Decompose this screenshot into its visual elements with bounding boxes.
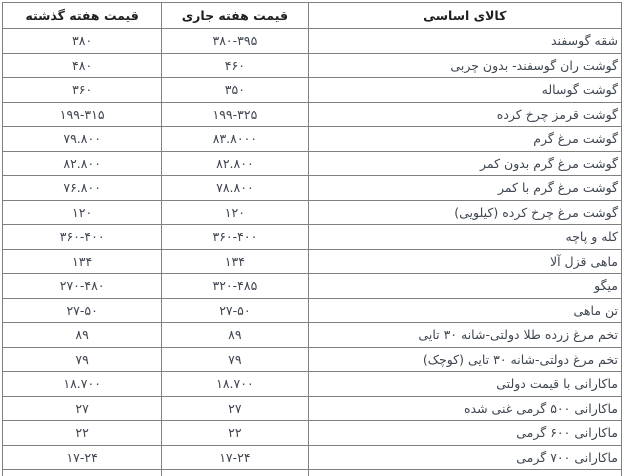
current-week-price-cell: ۱۳۴ [162, 249, 308, 274]
last-week-price-cell: ۳۶۰ [3, 78, 162, 103]
table-row: گوشت قرمز چرخ کرده۱۹۹-۳۲۵۱۹۹-۳۱۵ [3, 102, 622, 127]
last-week-price-cell: ۱۲۰ [3, 200, 162, 225]
item-cell: تن ماهی [308, 298, 622, 323]
table-row: کله و پاچه۳۶۰-۴۰۰۳۶۰-۴۰۰ [3, 225, 622, 250]
item-cell: گوشت مرغ گرم بدون کمر [308, 151, 622, 176]
last-week-price-cell: ۳۶۰-۴۰۰ [3, 225, 162, 250]
column-header-item: کالای اساسی [308, 3, 622, 29]
last-week-price-cell: ۷۶.۸۰۰ [3, 176, 162, 201]
table-row: گوشت مرغ گرم با کمر۷۸.۸۰۰۷۶.۸۰۰ [3, 176, 622, 201]
current-week-price-cell: ۳۵۰ [162, 78, 308, 103]
header-row: کالای اساسی قیمت هفته جاری قیمت هفته گذش… [3, 3, 622, 29]
current-week-price-cell: ۲۲ [162, 421, 308, 446]
empty-cell [308, 470, 622, 476]
current-week-price-cell: ۱۸.۷۰۰ [162, 372, 308, 397]
last-week-price-cell: ۱۹۹-۳۱۵ [3, 102, 162, 127]
current-week-price-cell: ۴۶۰ [162, 53, 308, 78]
last-week-price-cell: ۴۸۰ [3, 53, 162, 78]
table-row: شقه گوسفند۳۸۰-۳۹۵۳۸۰ [3, 29, 622, 54]
current-week-price-cell: ۱۹۹-۳۲۵ [162, 102, 308, 127]
current-week-price-cell: ۳۲۰-۴۸۵ [162, 274, 308, 299]
current-week-price-cell: ۲۷-۵۰ [162, 298, 308, 323]
last-week-price-cell: ۸۹ [3, 323, 162, 348]
last-week-price-cell: ۲۷۰-۴۸۰ [3, 274, 162, 299]
last-week-price-cell: ۷۹.۸۰۰ [3, 127, 162, 152]
table-row: گوشت مرغ چرخ کرده (کیلویی)۱۲۰۱۲۰ [3, 200, 622, 225]
current-week-price-cell: ۲۷ [162, 396, 308, 421]
item-cell: تخم مرغ زرده طلا دولتی-شانه ۳۰ تایی [308, 323, 622, 348]
table-row: گوشت ران گوسفند- بدون چربی۴۶۰۴۸۰ [3, 53, 622, 78]
table-row: میگو۳۲۰-۴۸۵۲۷۰-۴۸۰ [3, 274, 622, 299]
table-row: ماکارانی با قیمت دولتی۱۸.۷۰۰۱۸.۷۰۰ [3, 372, 622, 397]
item-cell: تخم مرغ دولتی-شانه ۳۰ تایی (کوچک) [308, 347, 622, 372]
table-row: ماهی قزل آلا۱۳۴۱۳۴ [3, 249, 622, 274]
item-cell: میگو [308, 274, 622, 299]
item-cell: شقه گوسفند [308, 29, 622, 54]
item-cell: گوشت مرغ گرم با کمر [308, 176, 622, 201]
item-cell: ماکارانی ۶۰۰ گرمی [308, 421, 622, 446]
last-week-price-cell: ۳۸۰ [3, 29, 162, 54]
item-cell: کله و پاچه [308, 225, 622, 250]
table-row: ماکارانی ۵۰۰ گرمی غنی شده۲۷۲۷ [3, 396, 622, 421]
table-row: گوشت گوساله۳۵۰۳۶۰ [3, 78, 622, 103]
empty-cell [3, 470, 162, 476]
table-row: گوشت مرغ گرم بدون کمر۸۲.۸۰۰۸۲.۸۰۰ [3, 151, 622, 176]
table-row-partial [3, 470, 622, 476]
last-week-price-cell: ۸۲.۸۰۰ [3, 151, 162, 176]
table-row: تخم مرغ زرده طلا دولتی-شانه ۳۰ تایی۸۹۸۹ [3, 323, 622, 348]
table-header: کالای اساسی قیمت هفته جاری قیمت هفته گذش… [3, 3, 622, 29]
last-week-price-cell: ۱۷-۲۴ [3, 445, 162, 470]
last-week-price-cell: ۲۷-۵۰ [3, 298, 162, 323]
item-cell: گوشت قرمز چرخ کرده [308, 102, 622, 127]
item-cell: گوشت مرغ چرخ کرده (کیلویی) [308, 200, 622, 225]
current-week-price-cell: ۸۲.۸۰۰ [162, 151, 308, 176]
current-week-price-cell: ۱۲۰ [162, 200, 308, 225]
last-week-price-cell: ۲۲ [3, 421, 162, 446]
last-week-price-cell: ۲۷ [3, 396, 162, 421]
last-week-price-cell: ۱۳۴ [3, 249, 162, 274]
table-row: ماکارانی ۷۰۰ گرمی۱۷-۲۴۱۷-۲۴ [3, 445, 622, 470]
current-week-price-cell: ۱۷-۲۴ [162, 445, 308, 470]
current-week-price-cell: ۸۳.۸۰۰۰ [162, 127, 308, 152]
column-header-current-week: قیمت هفته جاری [162, 3, 308, 29]
last-week-price-cell: ۱۸.۷۰۰ [3, 372, 162, 397]
table-body: شقه گوسفند۳۸۰-۳۹۵۳۸۰گوشت ران گوسفند- بدو… [3, 29, 622, 476]
table-row: گوشت مرغ گرم۸۳.۸۰۰۰۷۹.۸۰۰ [3, 127, 622, 152]
column-header-last-week: قیمت هفته گذشته [3, 3, 162, 29]
item-cell: ماکارانی با قیمت دولتی [308, 372, 622, 397]
table-row: تخم مرغ دولتی-شانه ۳۰ تایی (کوچک)۷۹۷۹ [3, 347, 622, 372]
empty-cell [162, 470, 308, 476]
item-cell: ماکارانی ۷۰۰ گرمی [308, 445, 622, 470]
current-week-price-cell: ۳۸۰-۳۹۵ [162, 29, 308, 54]
item-cell: گوشت ران گوسفند- بدون چربی [308, 53, 622, 78]
basic-goods-price-table: کالای اساسی قیمت هفته جاری قیمت هفته گذش… [2, 2, 622, 476]
item-cell: گوشت گوساله [308, 78, 622, 103]
current-week-price-cell: ۷۹ [162, 347, 308, 372]
last-week-price-cell: ۷۹ [3, 347, 162, 372]
table-row: ماکارانی ۶۰۰ گرمی۲۲۲۲ [3, 421, 622, 446]
table-row: تن ماهی۲۷-۵۰۲۷-۵۰ [3, 298, 622, 323]
item-cell: گوشت مرغ گرم [308, 127, 622, 152]
item-cell: ماهی قزل آلا [308, 249, 622, 274]
item-cell: ماکارانی ۵۰۰ گرمی غنی شده [308, 396, 622, 421]
current-week-price-cell: ۷۸.۸۰۰ [162, 176, 308, 201]
current-week-price-cell: ۸۹ [162, 323, 308, 348]
current-week-price-cell: ۳۶۰-۴۰۰ [162, 225, 308, 250]
